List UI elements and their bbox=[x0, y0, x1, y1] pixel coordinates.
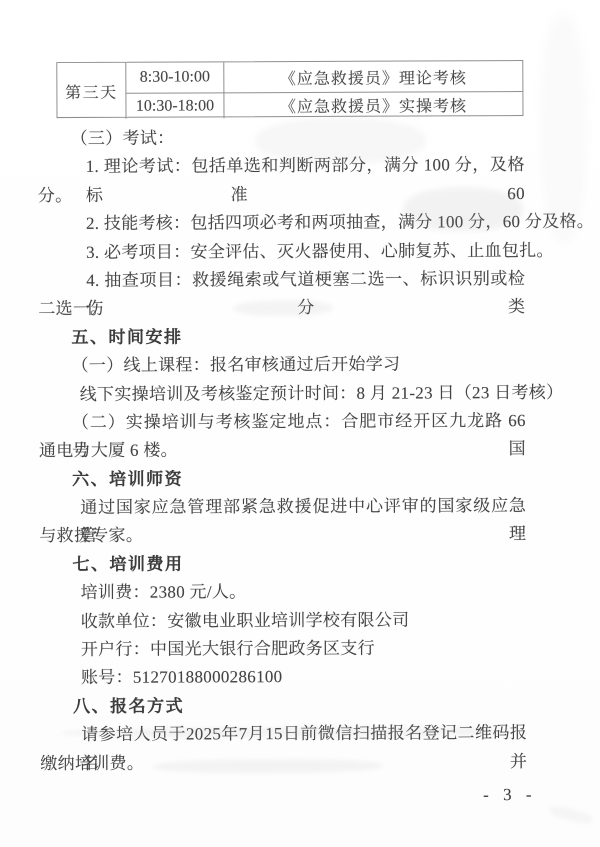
schedule-day-cell: 第三天 bbox=[57, 63, 126, 119]
schedule-time-cell-1: 8:30-10:00 bbox=[126, 62, 224, 93]
text-line: 1. 理论考试：包括单选和判断两部分，满分 100 分，及格标准 60 bbox=[86, 151, 525, 181]
text-line: 2. 技能考核：包括四项必考和两项抽查，满分 100 分，60 分及格。 bbox=[86, 208, 525, 238]
text-line: 收款单位：安徽电业职业培训学校有限公司 bbox=[81, 606, 527, 636]
bleedthrough-smudge bbox=[540, 14, 587, 244]
document-body: （三）考试：1. 理论考试：包括单选和判断两部分，满分 100 分，及格标准 6… bbox=[38, 123, 528, 778]
text-line: 培训费：2380 元/人。 bbox=[81, 577, 527, 607]
page-number: - 3 - bbox=[483, 785, 536, 805]
document-page: 第三天 8:30-10:00 《应急救援员》理论考核 10:30-18:00 《… bbox=[0, 0, 600, 847]
text-line: 五、时间安排 bbox=[71, 322, 525, 352]
schedule-time-cell-2: 10:30-18:00 bbox=[126, 93, 224, 118]
text-line: 开户行：中国光大银行合肥政务区支行 bbox=[81, 634, 527, 664]
text-line: （一）线上课程：报名审核通过后开始学习 bbox=[72, 350, 526, 380]
text-line: 4. 抽查项目：救援绳索或气道梗塞二选一、标识识别或检伤分类 bbox=[86, 265, 525, 295]
text-line: 八、报名方式 bbox=[73, 691, 527, 721]
scanned-sheet: 第三天 8:30-10:00 《应急救援员》理论考核 10:30-18:00 《… bbox=[0, 0, 600, 847]
text-line: 七、培训费用 bbox=[72, 549, 526, 579]
text-line: 通过国家应急管理部紧急救援促进中心评审的国家级应急管理 bbox=[80, 492, 526, 522]
text-line: 请参培人员于2025年7月15日前微信扫描报名登记二维码报名并 bbox=[81, 719, 527, 749]
text-line: （二）实操培训与考核鉴定地点：合肥市经开区九龙路 66 号国 bbox=[72, 407, 526, 437]
schedule-table: 第三天 8:30-10:00 《应急救援员》理论考核 10:30-18:00 《… bbox=[56, 60, 523, 118]
schedule-activity-cell-2: 《应急救援员》实操考核 bbox=[224, 92, 522, 118]
text-line: 账号：51270188000286100 bbox=[81, 662, 527, 692]
text-line: 3. 必考项目：安全评估、灭火器使用、心肺复苏、止血包扎。 bbox=[86, 237, 525, 267]
bleedthrough-smudge bbox=[548, 804, 595, 826]
text-line: （三）考试： bbox=[71, 123, 525, 153]
text-line: 线下实操培训及考核鉴定预计时间：8 月 21-23 日（23 日考核） bbox=[80, 379, 526, 409]
text-line: 六、培训师资 bbox=[72, 464, 526, 494]
schedule-activity-cell-1: 《应急救援员》理论考核 bbox=[224, 61, 522, 93]
